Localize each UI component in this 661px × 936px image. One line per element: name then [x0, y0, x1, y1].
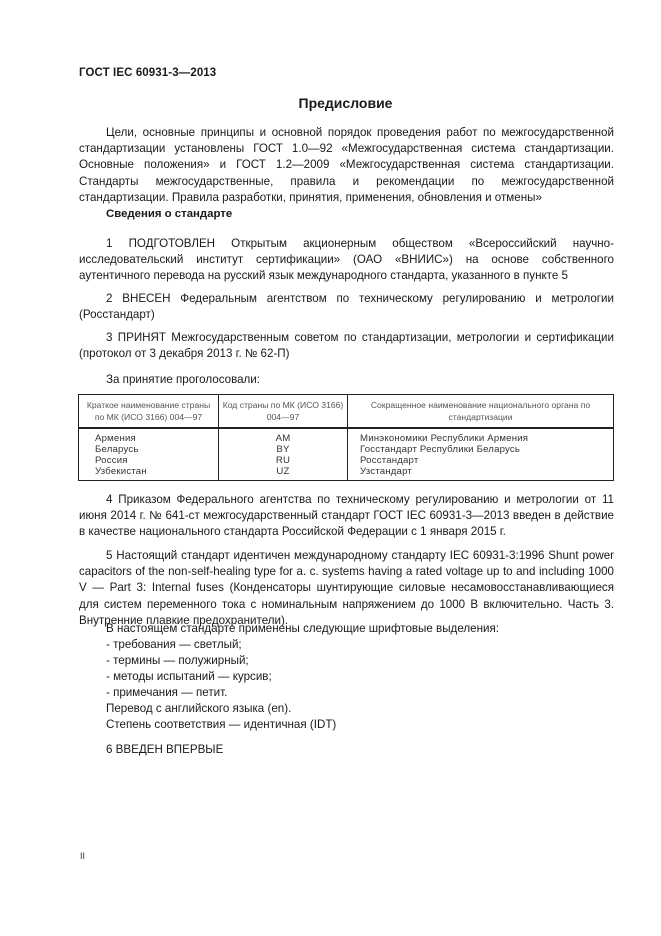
- font-line: - методы испытаний — курсив;: [106, 669, 272, 685]
- fonts-intro: В настоящем стандарте применены следующи…: [106, 621, 499, 637]
- font-line: - требования — светлый;: [106, 637, 242, 653]
- country-cell: Россия: [79, 455, 219, 466]
- country-cell: Беларусь: [79, 444, 219, 455]
- voted-label: За принятие проголосовали:: [106, 372, 260, 388]
- header-body: Сокращенное наименование национального о…: [348, 395, 614, 429]
- document-id: ГОСТ IEC 60931-3—2013: [79, 67, 216, 79]
- body-cell: Узстандарт: [348, 466, 614, 481]
- conformity-note: Степень соответствия — идентичная (IDT): [106, 717, 336, 733]
- body-cell: Минэкономики Республики Армения: [348, 428, 614, 444]
- table-row: РоссияRUРосстандарт: [79, 455, 614, 466]
- item-2: 2 ВНЕСЕН Федеральным агентством по техни…: [79, 291, 614, 323]
- translation-note: Перевод с английского языка (en).: [106, 701, 291, 717]
- body-cell: Госстандарт Республики Беларусь: [348, 444, 614, 455]
- page-title: Предисловие: [0, 95, 661, 111]
- font-line: - термины — полужирный;: [106, 653, 249, 669]
- table-row: АрменияAMМинэкономики Республики Армения: [79, 428, 614, 444]
- code-cell: UZ: [219, 466, 348, 481]
- item-6: 6 ВВЕДЕН ВПЕРВЫЕ: [106, 742, 223, 758]
- section-heading: Сведения о стандарте: [106, 208, 232, 220]
- body-cell: Росстандарт: [348, 455, 614, 466]
- item-5: 5 Настоящий стандарт идентичен междунаро…: [79, 548, 614, 629]
- country-cell: Узбекистан: [79, 466, 219, 481]
- code-cell: BY: [219, 444, 348, 455]
- header-country: Краткое наименование страны по МК (ИСО 3…: [79, 395, 219, 429]
- header-code: Код страны по МК (ИСО 3166) 004—97: [219, 395, 348, 429]
- item-4: 4 Приказом Федерального агентства по тех…: [79, 492, 614, 541]
- voting-table: Краткое наименование страны по МК (ИСО 3…: [78, 394, 614, 481]
- item-1: 1 ПОДГОТОВЛЕН Открытым акционерным общес…: [79, 236, 614, 285]
- table-row: БеларусьBYГосстандарт Республики Беларус…: [79, 444, 614, 455]
- code-cell: RU: [219, 455, 348, 466]
- item-3: 3 ПРИНЯТ Межгосударственным советом по с…: [79, 330, 614, 362]
- font-line: - примечания — петит.: [106, 685, 227, 701]
- page-number: II: [80, 851, 85, 861]
- country-cell: Армения: [79, 428, 219, 444]
- table-header-row: Краткое наименование страны по МК (ИСО 3…: [79, 395, 614, 429]
- code-cell: AM: [219, 428, 348, 444]
- document-page: ГОСТ IEC 60931-3—2013 Предисловие Цели, …: [0, 0, 661, 936]
- table-row: УзбекистанUZУзстандарт: [79, 466, 614, 481]
- intro-paragraph: Цели, основные принципы и основной поряд…: [79, 125, 614, 206]
